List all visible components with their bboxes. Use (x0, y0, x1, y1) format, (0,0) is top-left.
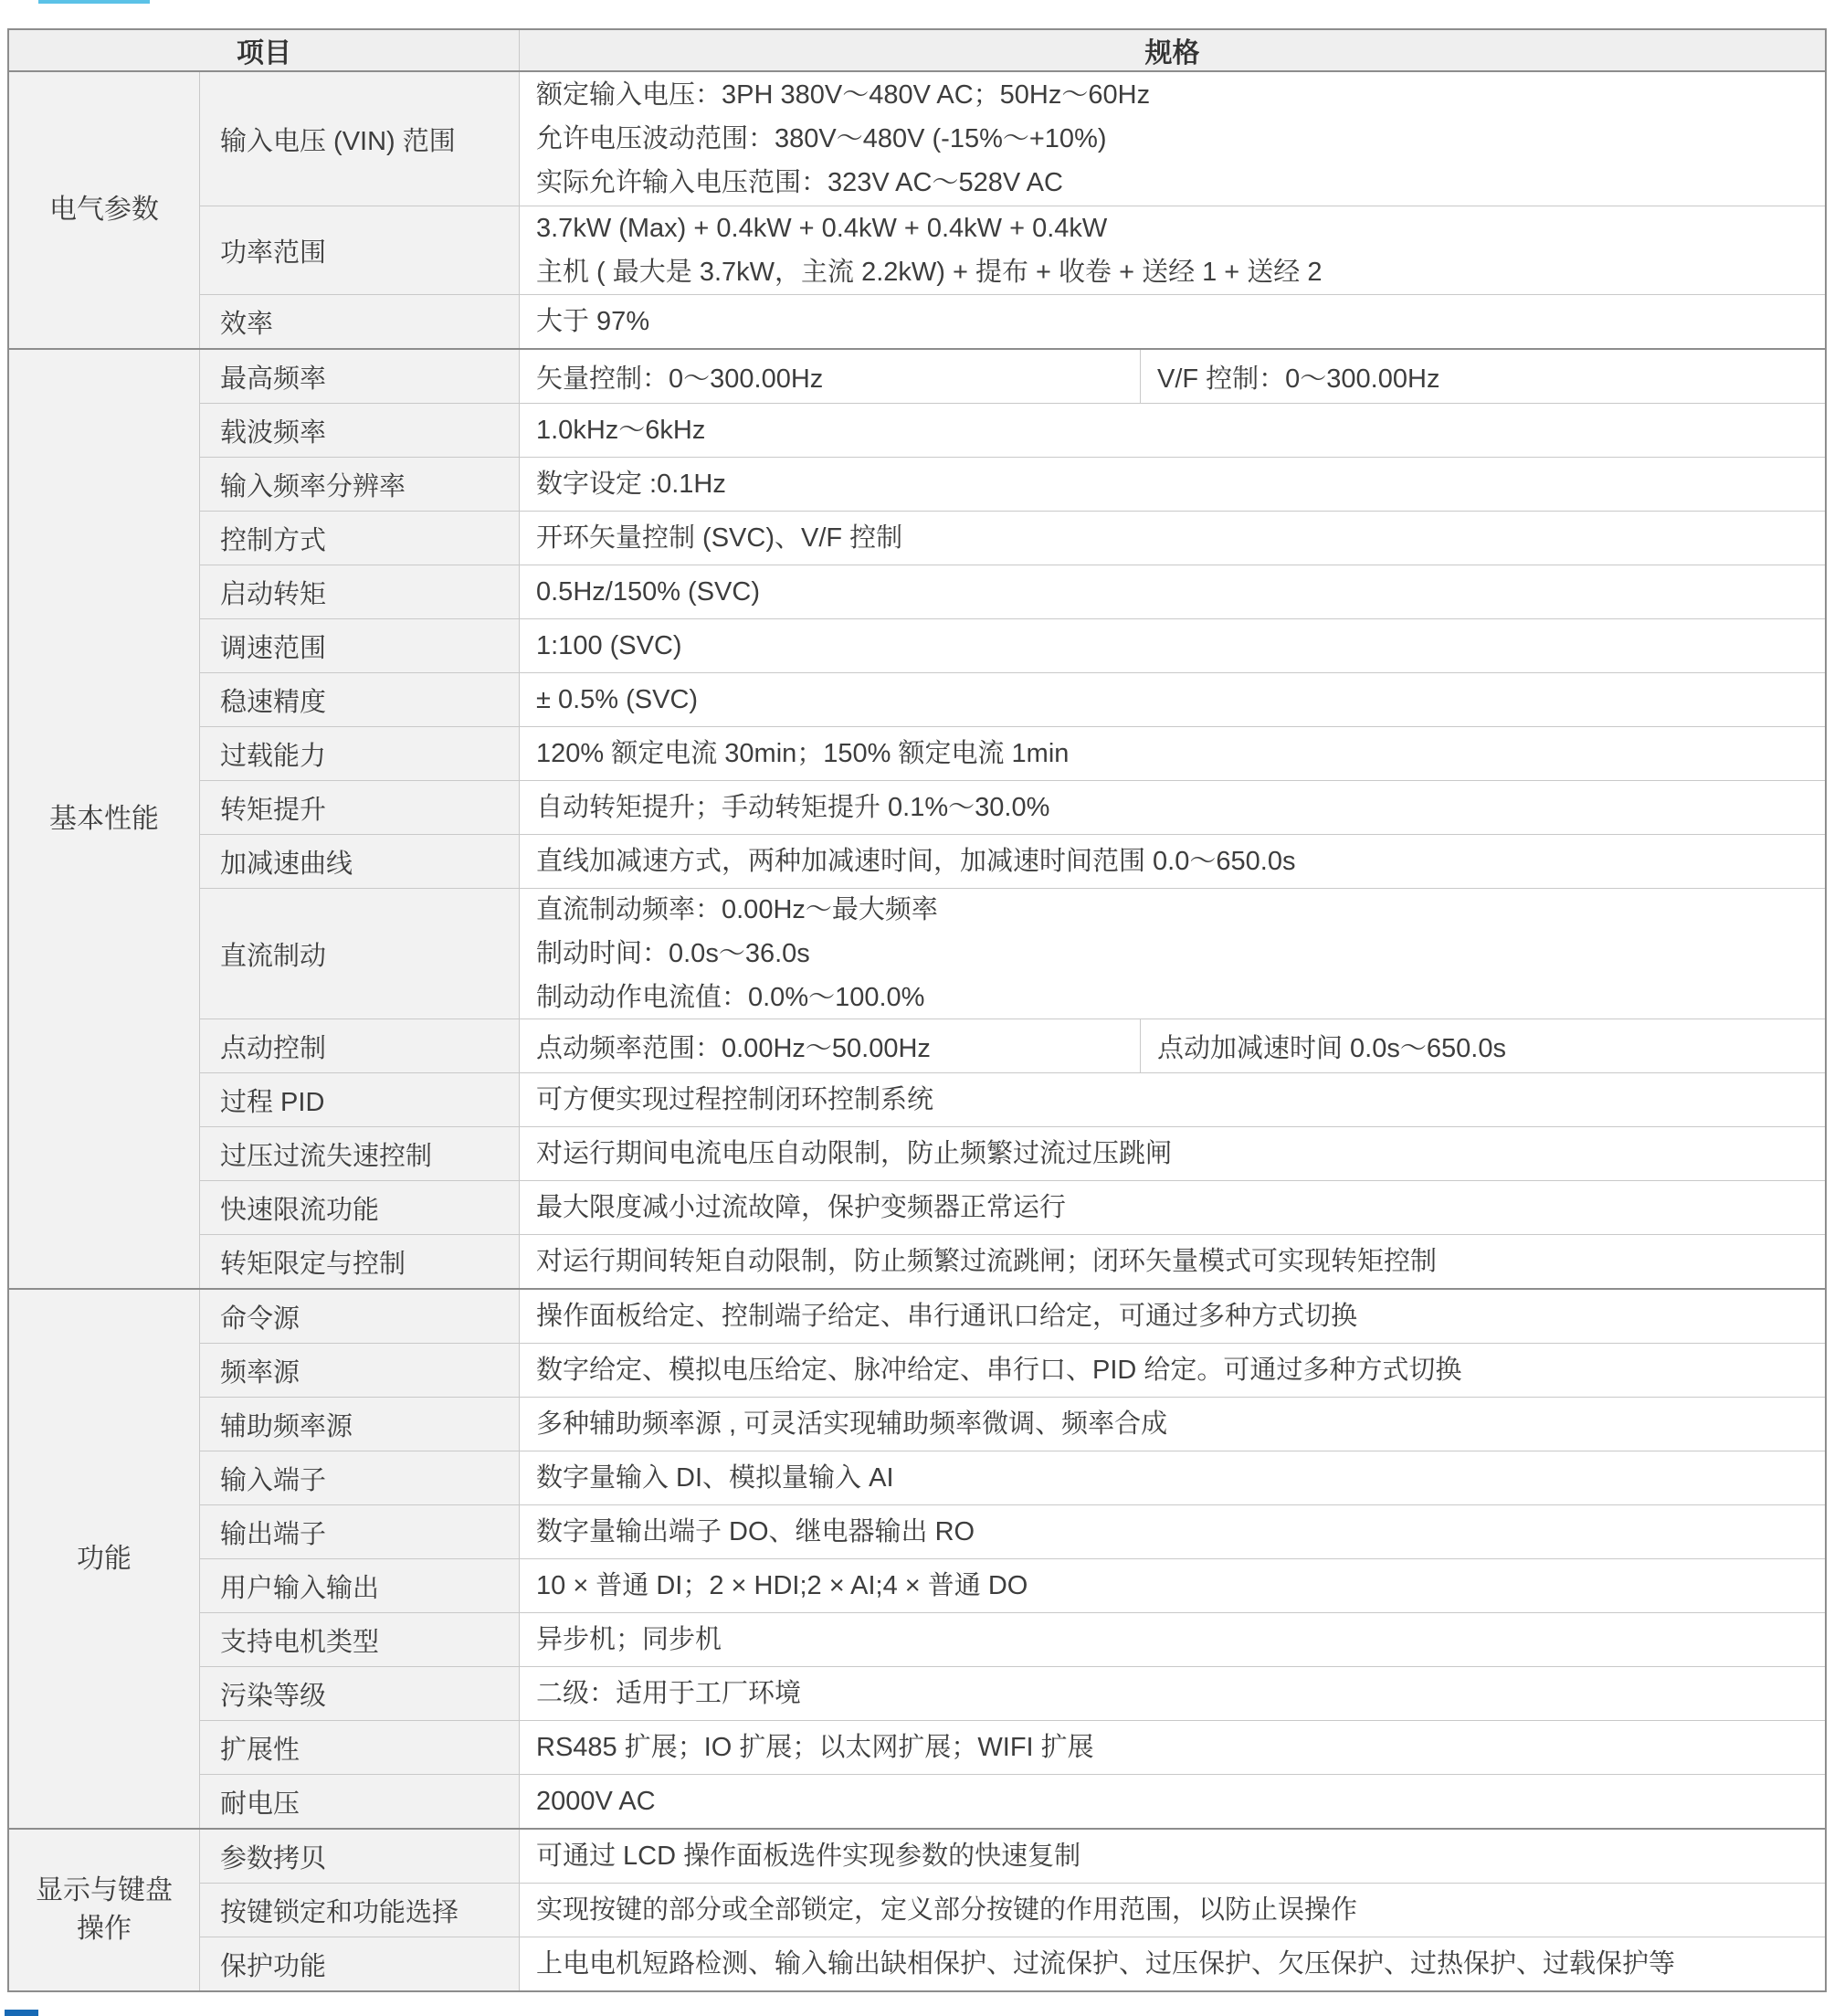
row-value: 1.0kHz～6kHz (520, 404, 1825, 457)
table-header-row: 项目 规格 (9, 30, 1825, 72)
section-label: 显示与键盘操作 (9, 1830, 200, 1990)
row-value: 点动加减速时间 0.0s～650.0s (1141, 1019, 1825, 1072)
row-value: V/F 控制：0～300.00Hz (1141, 350, 1825, 403)
row-label: 稳速精度 (200, 673, 520, 726)
table-row: 支持电机类型 异步机；同步机 (200, 1612, 1825, 1666)
row-label: 支持电机类型 (200, 1613, 520, 1666)
row-label: 加减速曲线 (200, 835, 520, 888)
table-row: 点动控制 点动频率范围：0.00Hz～50.00Hz 点动加减速时间 0.0s～… (200, 1019, 1825, 1072)
row-label: 最高频率 (200, 350, 520, 403)
row-value: 数字量输入 DI、模拟量输入 AI (520, 1451, 1825, 1504)
row-label: 参数拷贝 (200, 1830, 520, 1883)
row-label: 按键锁定和功能选择 (200, 1884, 520, 1937)
row-value: 最大限度减小过流故障，保护变频器正常运行 (520, 1181, 1825, 1234)
row-label: 载波频率 (200, 404, 520, 457)
table-row: 转矩限定与控制 对运行期间转矩自动限制，防止频繁过流跳闸；闭环矢量模式可实现转矩… (200, 1234, 1825, 1288)
table-row: 载波频率 1.0kHz～6kHz (200, 403, 1825, 457)
table-row: 频率源 数字给定、模拟电压给定、脉冲给定、串行口、PID 给定。可通过多种方式切… (200, 1343, 1825, 1397)
row-value: 大于 97% (520, 295, 1825, 348)
row-label: 辅助频率源 (200, 1398, 520, 1451)
row-label: 点动控制 (200, 1019, 520, 1072)
row-label: 转矩限定与控制 (200, 1235, 520, 1288)
table-row: 直流制动 直流制动频率：0.00Hz～最大频率 制动时间：0.0s～36.0s … (200, 888, 1825, 1019)
table-row: 耐电压 2000V AC (200, 1774, 1825, 1828)
row-value: 对运行期间电流电压自动限制，防止频繁过流过压跳闸 (520, 1127, 1825, 1180)
row-label: 污染等级 (200, 1667, 520, 1720)
row-value: 数字给定、模拟电压给定、脉冲给定、串行口、PID 给定。可通过多种方式切换 (520, 1344, 1825, 1397)
row-value-split: 点动频率范围：0.00Hz～50.00Hz 点动加减速时间 0.0s～650.0… (520, 1019, 1825, 1072)
row-label: 效率 (200, 295, 520, 348)
row-label: 输入电压 (VIN) 范围 (200, 72, 520, 206)
table-row: 加减速曲线 直线加减速方式，两种加减速时间，加减速时间范围 0.0～650.0s (200, 834, 1825, 888)
table-row: 功率范围 3.7kW (Max) + 0.4kW + 0.4kW + 0.4kW… (200, 206, 1825, 294)
bottom-accent-bar (5, 2010, 38, 2016)
row-label: 耐电压 (200, 1775, 520, 1828)
top-accent-bar (38, 0, 150, 4)
row-label: 过压过流失速控制 (200, 1127, 520, 1180)
table-row: 输入频率分辨率 数字设定 :0.1Hz (200, 457, 1825, 511)
row-label: 转矩提升 (200, 781, 520, 834)
row-value: 额定输入电压：3PH 380V～480V AC；50Hz～60Hz 允许电压波动… (520, 72, 1825, 206)
table-row: 调速范围 1:100 (SVC) (200, 618, 1825, 672)
row-label: 保护功能 (200, 1937, 520, 1990)
section-label: 电气参数 (9, 72, 200, 348)
row-value: RS485 扩展；IO 扩展；以太网扩展；WIFI 扩展 (520, 1721, 1825, 1774)
table-row: 扩展性 RS485 扩展；IO 扩展；以太网扩展；WIFI 扩展 (200, 1720, 1825, 1774)
table-row: 用户输入输出 10 × 普通 DI；2 × HDI;2 × AI;4 × 普通 … (200, 1558, 1825, 1612)
row-value-split: 矢量控制：0～300.00Hz V/F 控制：0～300.00Hz (520, 350, 1825, 403)
table-row: 效率 大于 97% (200, 294, 1825, 348)
table-row: 过载能力 120% 额定电流 30min；150% 额定电流 1min (200, 726, 1825, 780)
row-label: 调速范围 (200, 619, 520, 672)
table-row: 启动转矩 0.5Hz/150% (SVC) (200, 565, 1825, 618)
row-value: 异步机；同步机 (520, 1613, 1825, 1666)
row-value: 0.5Hz/150% (SVC) (520, 565, 1825, 618)
row-value: ± 0.5% (SVC) (520, 673, 1825, 726)
table-row: 稳速精度 ± 0.5% (SVC) (200, 672, 1825, 726)
section-rows: 输入电压 (VIN) 范围 额定输入电压：3PH 380V～480V AC；50… (200, 72, 1825, 348)
table-row: 输出端子 数字量输出端子 DO、继电器输出 RO (200, 1504, 1825, 1558)
row-value: 二级：适用于工厂环境 (520, 1667, 1825, 1720)
row-label: 扩展性 (200, 1721, 520, 1774)
row-value: 多种辅助频率源 , 可灵活实现辅助频率微调、频率合成 (520, 1398, 1825, 1451)
row-label: 启动转矩 (200, 565, 520, 618)
row-value: 1:100 (SVC) (520, 619, 1825, 672)
table-row: 按键锁定和功能选择 实现按键的部分或全部锁定，定义部分按键的作用范围，以防止误操… (200, 1883, 1825, 1937)
row-value: 可通过 LCD 操作面板选件实现参数的快速复制 (520, 1830, 1825, 1883)
table-row: 污染等级 二级：适用于工厂环境 (200, 1666, 1825, 1720)
row-label: 控制方式 (200, 512, 520, 565)
row-value: 3.7kW (Max) + 0.4kW + 0.4kW + 0.4kW + 0.… (520, 206, 1825, 294)
table-row: 控制方式 开环矢量控制 (SVC)、V/F 控制 (200, 511, 1825, 565)
row-value: 2000V AC (520, 1775, 1825, 1828)
row-label: 输入端子 (200, 1451, 520, 1504)
table-row: 过程 PID 可方便实现过程控制闭环控制系统 (200, 1072, 1825, 1126)
row-label: 用户输入输出 (200, 1559, 520, 1612)
section-functions: 功能 命令源 操作面板给定、控制端子给定、串行通讯口给定，可通过多种方式切换 频… (9, 1288, 1825, 1828)
row-label: 功率范围 (200, 206, 520, 294)
table-row: 辅助频率源 多种辅助频率源 , 可灵活实现辅助频率微调、频率合成 (200, 1397, 1825, 1451)
section-basic-performance: 基本性能 最高频率 矢量控制：0～300.00Hz V/F 控制：0～300.0… (9, 348, 1825, 1288)
row-value: 直流制动频率：0.00Hz～最大频率 制动时间：0.0s～36.0s 制动动作电… (520, 889, 1825, 1019)
table-row: 命令源 操作面板给定、控制端子给定、串行通讯口给定，可通过多种方式切换 (200, 1290, 1825, 1343)
row-value: 120% 额定电流 30min；150% 额定电流 1min (520, 727, 1825, 780)
row-value: 可方便实现过程控制闭环控制系统 (520, 1073, 1825, 1126)
table-row: 过压过流失速控制 对运行期间电流电压自动限制，防止频繁过流过压跳闸 (200, 1126, 1825, 1180)
row-value: 对运行期间转矩自动限制，防止频繁过流跳闸；闭环矢量模式可实现转矩控制 (520, 1235, 1825, 1288)
row-value: 10 × 普通 DI；2 × HDI;2 × AI;4 × 普通 DO (520, 1559, 1825, 1612)
row-value: 矢量控制：0～300.00Hz (520, 350, 1141, 403)
row-value: 操作面板给定、控制端子给定、串行通讯口给定，可通过多种方式切换 (520, 1290, 1825, 1343)
table-row: 最高频率 矢量控制：0～300.00Hz V/F 控制：0～300.00Hz (200, 350, 1825, 403)
section-label: 基本性能 (9, 350, 200, 1288)
row-value: 自动转矩提升；手动转矩提升 0.1%～30.0% (520, 781, 1825, 834)
row-label: 频率源 (200, 1344, 520, 1397)
row-value: 开环矢量控制 (SVC)、V/F 控制 (520, 512, 1825, 565)
table-row: 转矩提升 自动转矩提升；手动转矩提升 0.1%～30.0% (200, 780, 1825, 834)
row-label: 命令源 (200, 1290, 520, 1343)
section-rows: 命令源 操作面板给定、控制端子给定、串行通讯口给定，可通过多种方式切换 频率源 … (200, 1290, 1825, 1828)
row-value: 上电电机短路检测、输入输出缺相保护、过流保护、过压保护、欠压保护、过热保护、过载… (520, 1937, 1825, 1990)
row-value: 数字量输出端子 DO、继电器输出 RO (520, 1505, 1825, 1558)
row-value: 直线加减速方式，两种加减速时间，加减速时间范围 0.0～650.0s (520, 835, 1825, 888)
table-row: 参数拷贝 可通过 LCD 操作面板选件实现参数的快速复制 (200, 1830, 1825, 1883)
row-label: 过程 PID (200, 1073, 520, 1126)
section-electrical: 电气参数 输入电压 (VIN) 范围 额定输入电压：3PH 380V～480V … (9, 72, 1825, 348)
row-label: 输出端子 (200, 1505, 520, 1558)
section-rows: 参数拷贝 可通过 LCD 操作面板选件实现参数的快速复制 按键锁定和功能选择 实… (200, 1830, 1825, 1990)
row-value: 点动频率范围：0.00Hz～50.00Hz (520, 1019, 1141, 1072)
row-value: 数字设定 :0.1Hz (520, 458, 1825, 511)
spec-table: 项目 规格 电气参数 输入电压 (VIN) 范围 额定输入电压：3PH 380V… (7, 28, 1827, 1992)
row-label: 输入频率分辨率 (200, 458, 520, 511)
row-label: 快速限流功能 (200, 1181, 520, 1234)
section-label: 功能 (9, 1290, 200, 1828)
table-row: 输入电压 (VIN) 范围 额定输入电压：3PH 380V～480V AC；50… (200, 72, 1825, 206)
table-row: 输入端子 数字量输入 DI、模拟量输入 AI (200, 1451, 1825, 1504)
row-label: 直流制动 (200, 889, 520, 1019)
header-spec: 规格 (520, 30, 1825, 70)
row-label: 过载能力 (200, 727, 520, 780)
row-value: 实现按键的部分或全部锁定，定义部分按键的作用范围，以防止误操作 (520, 1884, 1825, 1937)
section-display-keyboard: 显示与键盘操作 参数拷贝 可通过 LCD 操作面板选件实现参数的快速复制 按键锁… (9, 1828, 1825, 1990)
table-row: 快速限流功能 最大限度减小过流故障，保护变频器正常运行 (200, 1180, 1825, 1234)
section-rows: 最高频率 矢量控制：0～300.00Hz V/F 控制：0～300.00Hz 载… (200, 350, 1825, 1288)
table-row: 保护功能 上电电机短路检测、输入输出缺相保护、过流保护、过压保护、欠压保护、过热… (200, 1937, 1825, 1990)
header-item: 项目 (9, 30, 520, 70)
